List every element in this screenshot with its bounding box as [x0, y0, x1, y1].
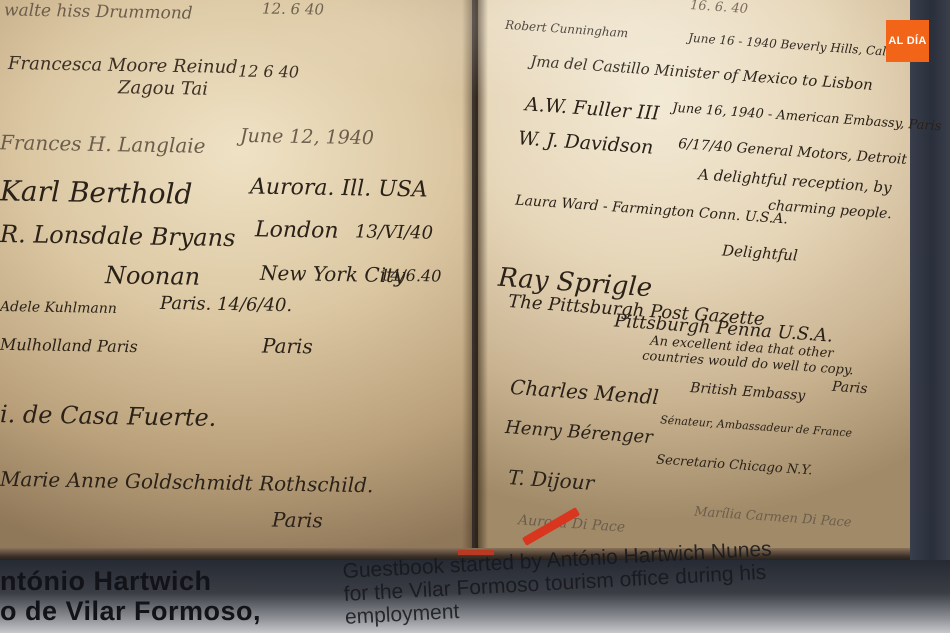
al-dia-logo: AL DÍA — [886, 20, 929, 62]
book-gutter — [462, 0, 488, 552]
signature-entry: Paris — [272, 508, 323, 533]
signature-entry: Zagou Tai — [118, 77, 208, 100]
signature-entry: 13/VI/40 — [355, 221, 433, 243]
signature-entry: i. de Casa Fuerte. — [0, 400, 217, 432]
signature-entry: Francesca Moore Reinud — [8, 53, 238, 78]
signature-entry: June 12, 1940 — [240, 125, 374, 149]
signature-entry: walte hiss Drummond — [4, 0, 193, 23]
placard-portuguese-text: ntónio Hartwich o de Vilar Formoso, — [0, 566, 330, 626]
signature-entry: Karl Berthold — [0, 174, 193, 210]
placard-line: o de Vilar Formoso, — [0, 596, 330, 626]
signature-entry: Paris — [831, 379, 868, 397]
signature-entry: London — [255, 217, 339, 243]
signature-entry: Paris. 14/6/40. — [160, 293, 293, 316]
display-case-frame — [905, 0, 950, 560]
signature-entry: 12 6 40 — [238, 61, 299, 81]
signature-entry: R. Lonsdale Bryans — [0, 220, 236, 252]
signature-entry: Aurora. Ill. USA — [250, 174, 428, 202]
signature-entry: Adele Kuhlmann — [0, 299, 117, 317]
museum-display-photo: walte hiss Drummond12. 6 40Francesca Moo… — [0, 0, 950, 633]
signature-entry: Paris — [262, 334, 313, 359]
placard-line: ntónio Hartwich — [0, 566, 330, 596]
signature-entry: Noonan — [105, 261, 201, 291]
logo-text: AL DÍA — [888, 35, 926, 47]
signature-entry: 14/6.40 — [380, 265, 442, 285]
signature-entry: Frances H. Langlaie — [0, 130, 206, 158]
signature-entry: Mulholland Paris — [0, 335, 138, 356]
signature-entry: 12. 6 40 — [262, 0, 324, 19]
